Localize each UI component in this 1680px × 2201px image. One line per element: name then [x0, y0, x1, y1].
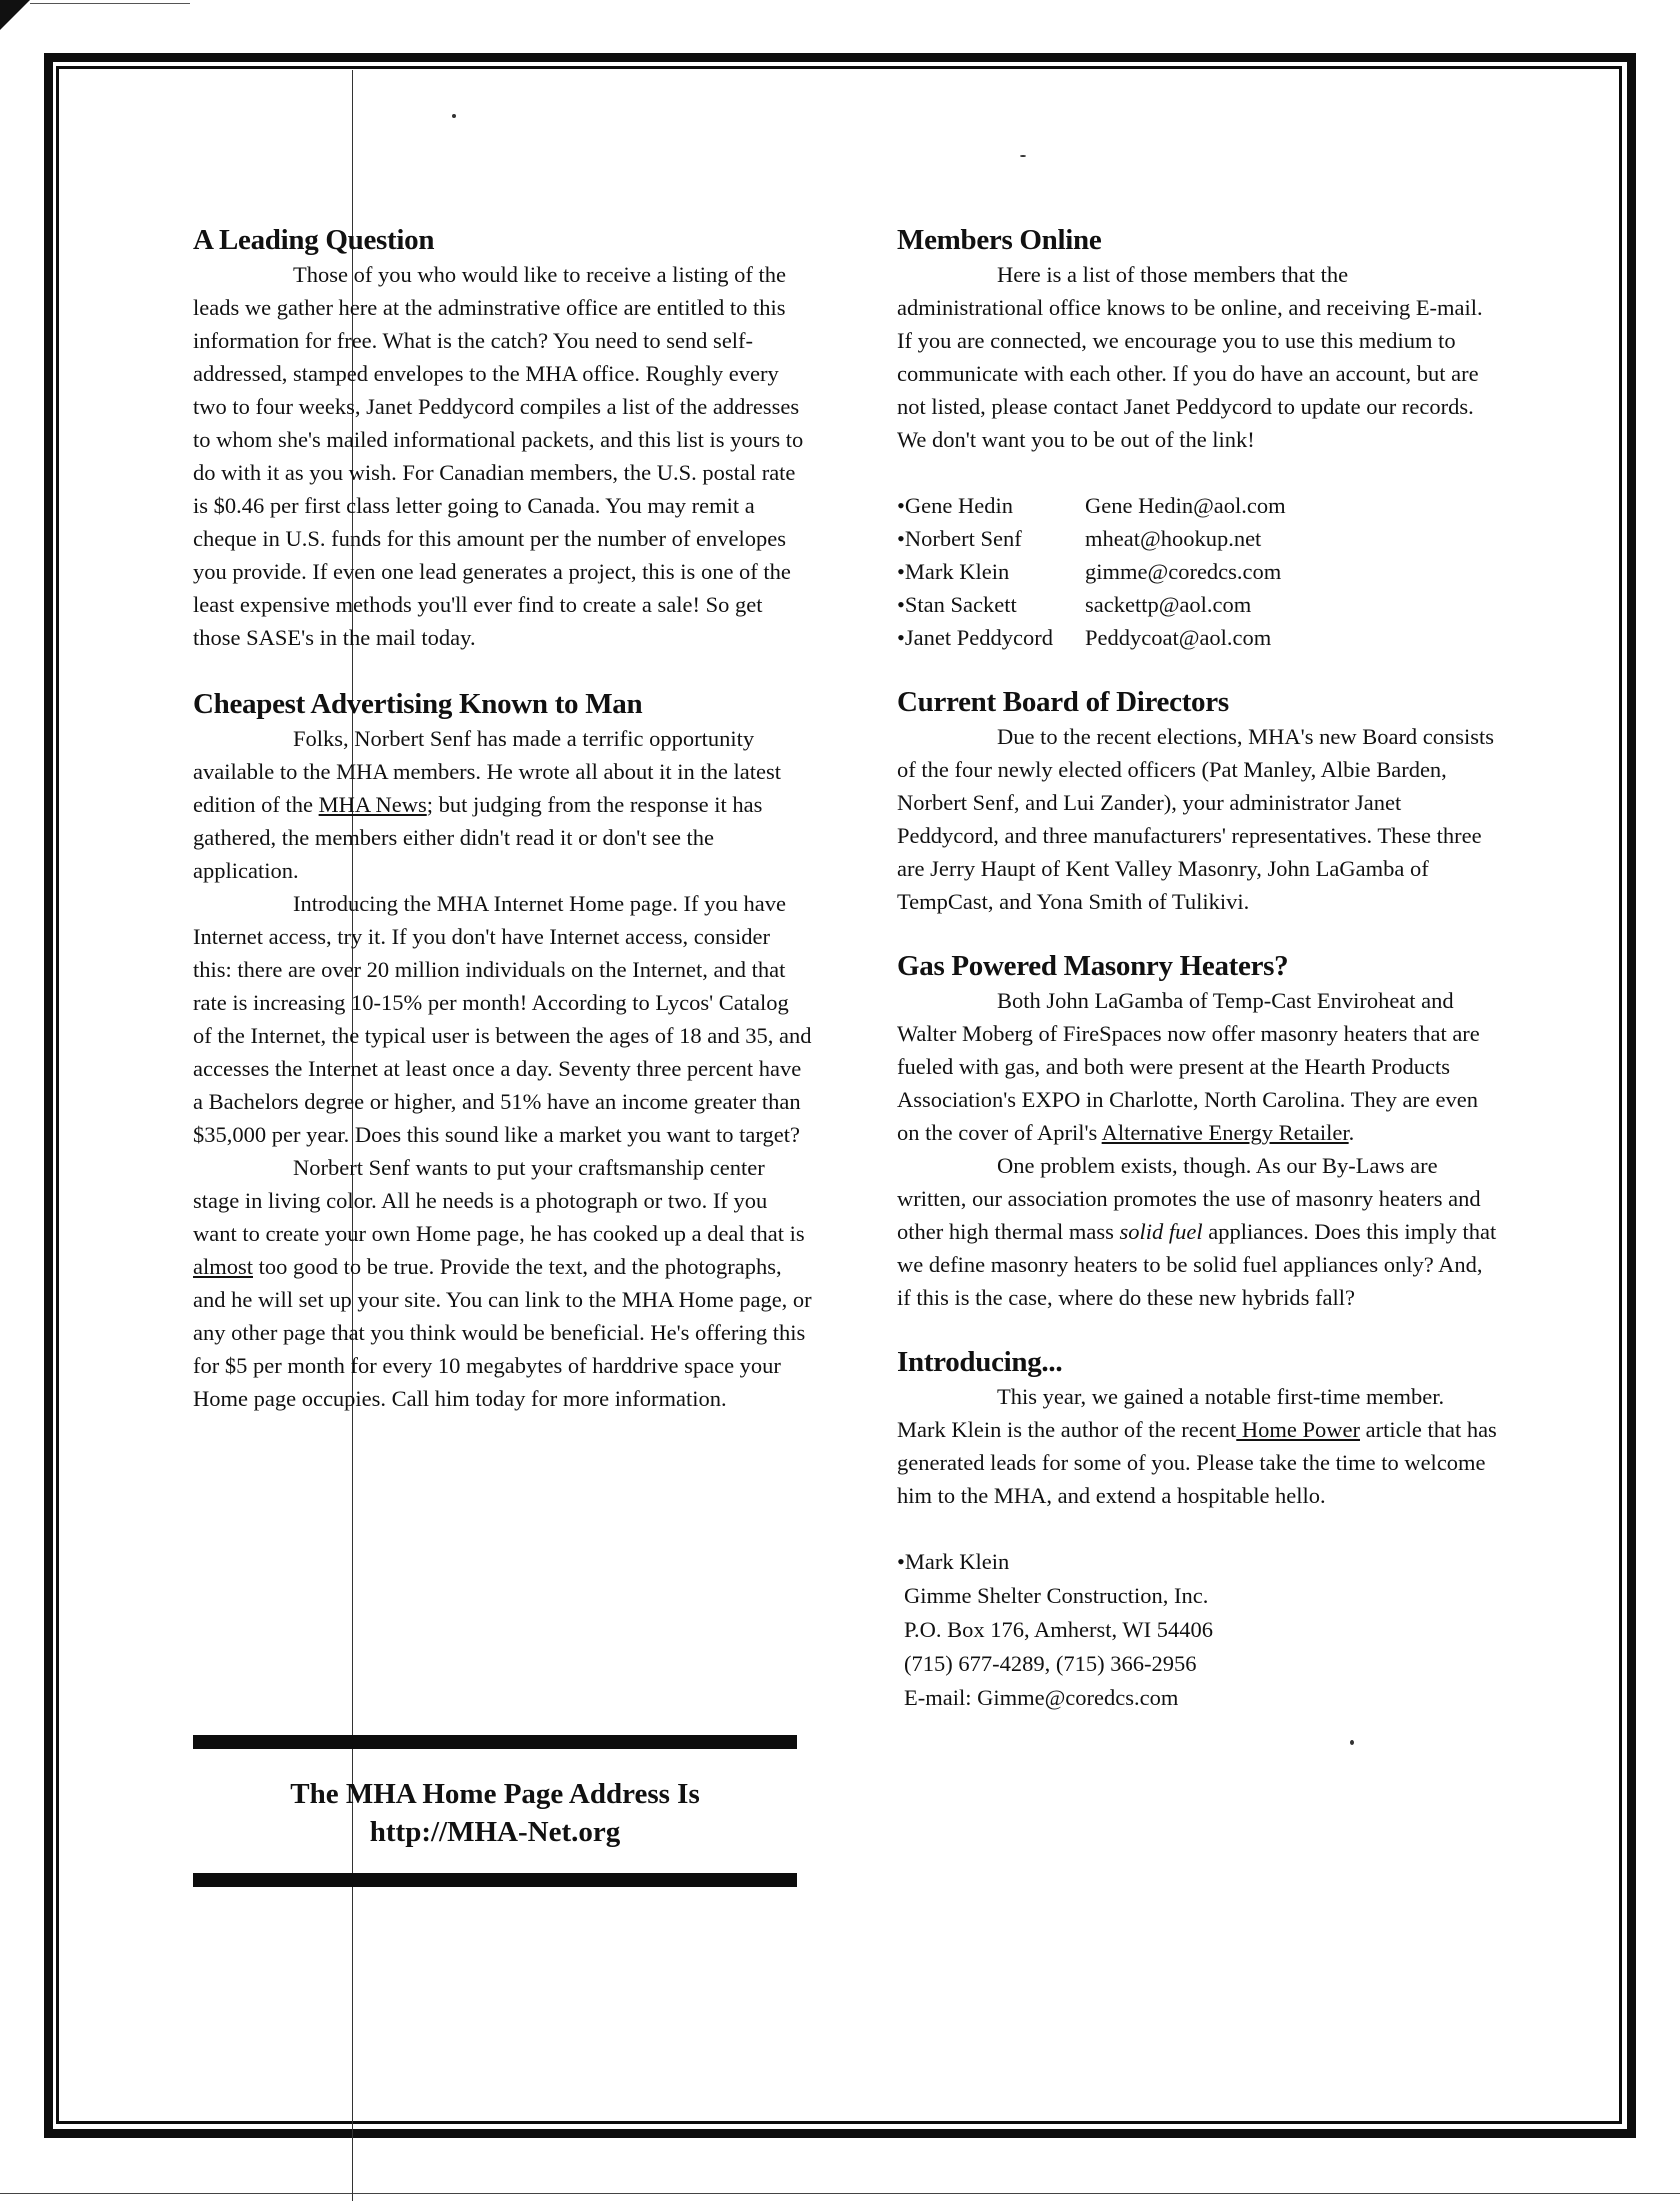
- heading-leading-question: A Leading Question: [193, 222, 813, 258]
- contact-name: •Mark Klein: [897, 1545, 1497, 1579]
- section-cheapest-advertising: Cheapest Advertising Known to Man Folks,…: [193, 686, 813, 1415]
- member-row: •Janet Peddycord Peddycoat@aol.com: [897, 621, 1497, 654]
- member-name: •Gene Hedin: [897, 489, 1085, 522]
- contact-card: •Mark Klein Gimme Shelter Construction, …: [897, 1545, 1497, 1715]
- heading-board: Current Board of Directors: [897, 684, 1497, 720]
- member-row: •Norbert Senf mheat@hookup.net: [897, 522, 1497, 555]
- scan-corner-artifact: [0, 0, 30, 30]
- member-email[interactable]: mheat@hookup.net: [1085, 522, 1261, 555]
- homepage-url[interactable]: http://MHA-Net.org: [193, 1813, 797, 1851]
- member-email[interactable]: Gene Hedin@aol.com: [1085, 489, 1286, 522]
- member-row: •Gene Hedin Gene Hedin@aol.com: [897, 489, 1497, 522]
- text-run: .: [1349, 1120, 1355, 1145]
- text-run: Norbert Senf wants to put your craftsman…: [193, 1155, 805, 1246]
- scan-speck: [452, 114, 456, 118]
- member-name: •Stan Sackett: [897, 588, 1085, 621]
- advertising-paragraph-3: Norbert Senf wants to put your craftsman…: [193, 1151, 813, 1415]
- members-online-body: Here is a list of those members that the…: [897, 258, 1497, 456]
- member-row: •Stan Sackett sackettp@aol.com: [897, 588, 1497, 621]
- section-introducing: Introducing... This year, we gained a no…: [897, 1344, 1497, 1715]
- emphasis-solid-fuel: solid fuel: [1119, 1219, 1202, 1244]
- promo-bottom-bar: [193, 1873, 797, 1887]
- right-column: Members Online Here is a list of those m…: [897, 222, 1497, 1745]
- heading-gas-heaters: Gas Powered Masonry Heaters?: [897, 948, 1497, 984]
- home-power-title: Home Power: [1236, 1417, 1360, 1442]
- gas-heaters-paragraph-1: Both John LaGamba of Temp-Cast Envirohea…: [897, 984, 1497, 1149]
- introducing-body: This year, we gained a notable first-tim…: [897, 1380, 1497, 1512]
- member-email[interactable]: Peddycoat@aol.com: [1085, 621, 1271, 654]
- contact-company: Gimme Shelter Construction, Inc.: [897, 1579, 1497, 1613]
- alternative-energy-retailer-title: Alternative Energy Retailer: [1102, 1120, 1349, 1145]
- member-name: •Janet Peddycord: [897, 621, 1085, 654]
- mha-news-title: MHA News: [319, 792, 427, 817]
- member-name: •Mark Klein: [897, 555, 1085, 588]
- promo-top-bar: [193, 1735, 797, 1749]
- contact-email[interactable]: E-mail: Gimme@coredcs.com: [897, 1681, 1497, 1715]
- board-body: Due to the recent elections, MHA's new B…: [897, 720, 1497, 918]
- member-email-list: •Gene Hedin Gene Hedin@aol.com •Norbert …: [897, 489, 1497, 654]
- section-gas-heaters: Gas Powered Masonry Heaters? Both John L…: [897, 948, 1497, 1314]
- section-members-online: Members Online Here is a list of those m…: [897, 222, 1497, 654]
- promo-text: The MHA Home Page Address Is http://MHA-…: [193, 1749, 797, 1873]
- section-board-of-directors: Current Board of Directors Due to the re…: [897, 684, 1497, 918]
- advertising-paragraph-1: Folks, Norbert Senf has made a terrific …: [193, 722, 813, 887]
- scan-edge-line: [0, 2193, 1680, 2194]
- emphasis-almost: almost: [193, 1254, 253, 1279]
- left-column: A Leading Question Those of you who woul…: [193, 222, 813, 1445]
- section-leading-question: A Leading Question Those of you who woul…: [193, 222, 813, 654]
- heading-introducing: Introducing...: [897, 1344, 1497, 1380]
- heading-cheapest-advertising: Cheapest Advertising Known to Man: [193, 686, 813, 722]
- scan-edge-line: [30, 3, 190, 4]
- member-email[interactable]: sackettp@aol.com: [1085, 588, 1251, 621]
- member-email[interactable]: gimme@coredcs.com: [1085, 555, 1281, 588]
- gas-heaters-paragraph-2: One problem exists, though. As our By-La…: [897, 1149, 1497, 1314]
- leading-question-body: Those of you who would like to receive a…: [193, 258, 813, 654]
- member-name: •Norbert Senf: [897, 522, 1085, 555]
- contact-phones: (715) 677-4289, (715) 366-2956: [897, 1647, 1497, 1681]
- promo-line-1: The MHA Home Page Address Is: [193, 1775, 797, 1813]
- contact-address: P.O. Box 176, Amherst, WI 54406: [897, 1613, 1497, 1647]
- text-run: too good to be true. Provide the text, a…: [193, 1254, 812, 1411]
- homepage-address-box: The MHA Home Page Address Is http://MHA-…: [193, 1735, 797, 1887]
- member-row: •Mark Klein gimme@coredcs.com: [897, 555, 1497, 588]
- scan-speck: [1020, 155, 1026, 157]
- advertising-paragraph-2: Introducing the MHA Internet Home page. …: [193, 887, 813, 1151]
- heading-members-online: Members Online: [897, 222, 1497, 258]
